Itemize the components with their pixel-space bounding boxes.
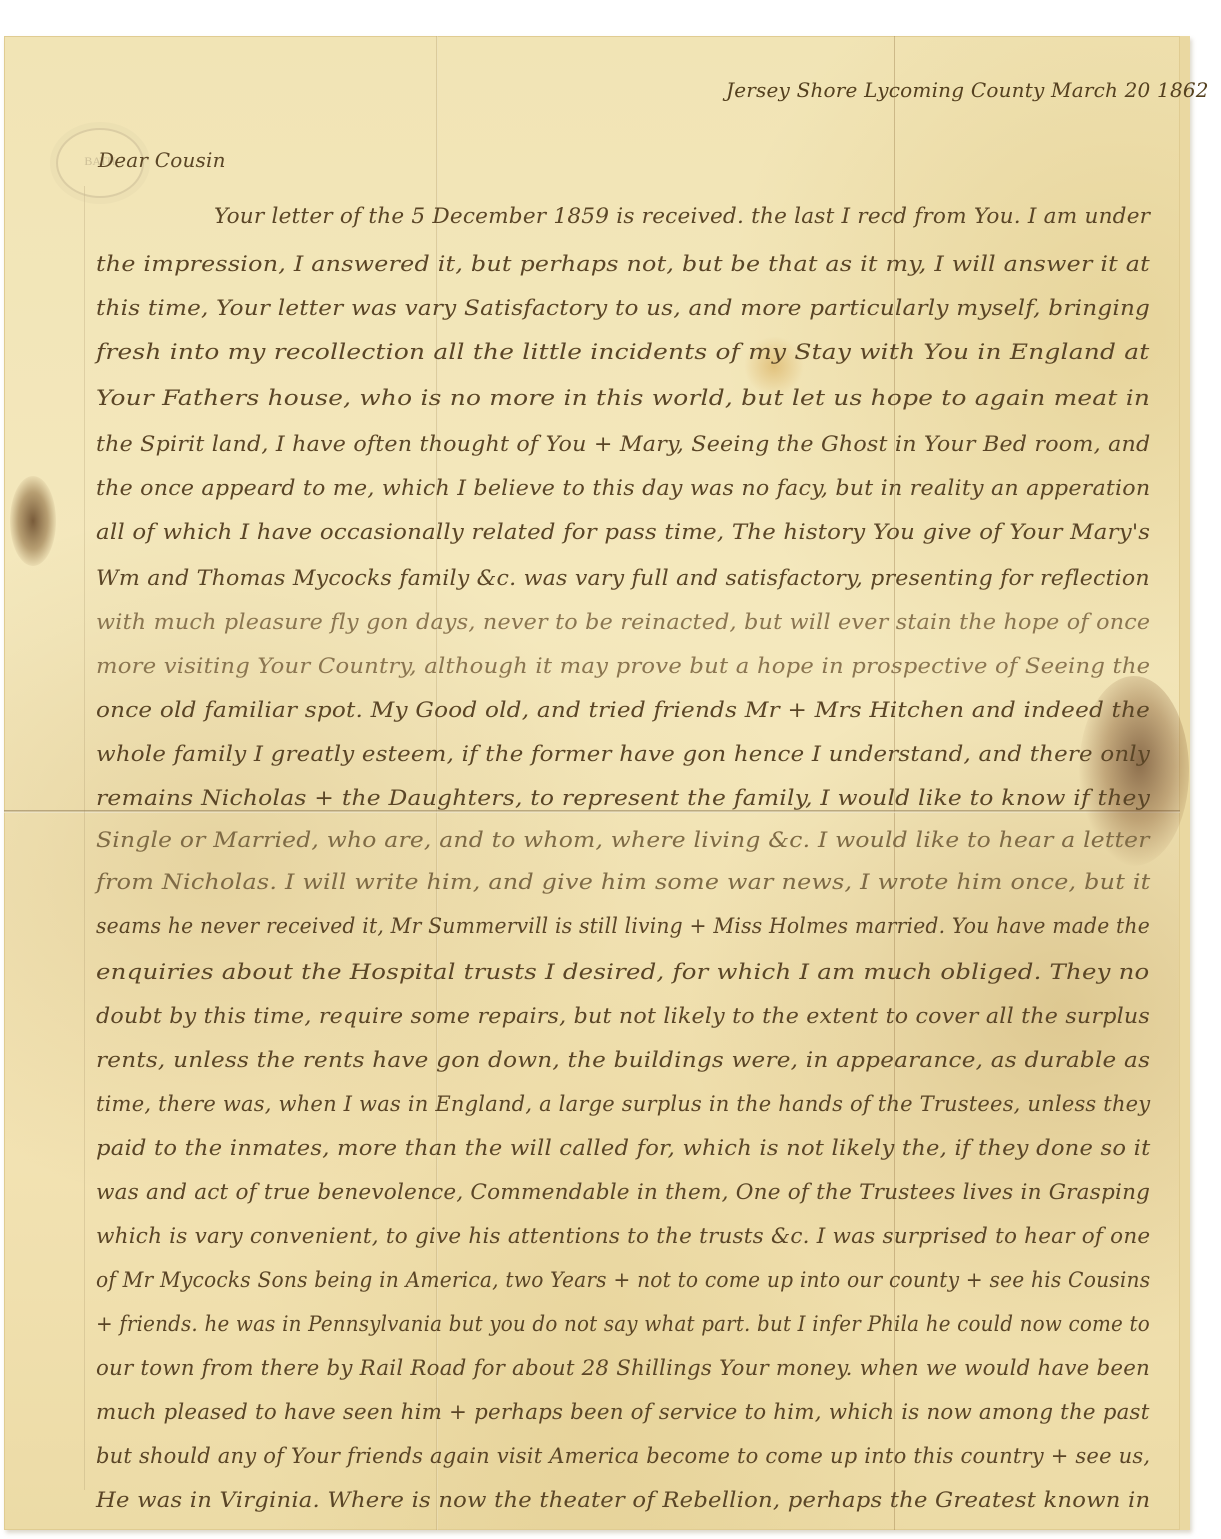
letter-line-6: the Spirit land, I have often thought of…	[96, 432, 1150, 457]
letter-line-30: He was in Virginia. Where is now the the…	[96, 1488, 1150, 1513]
letter-line-14: remains Nicholas + the Daughters, to rep…	[96, 786, 1150, 811]
letter-line-2: the impression, I answered it, but perha…	[96, 252, 1150, 277]
letter-line-19: doubt by this time, require some repairs…	[96, 1004, 1150, 1029]
letter-line-29: but should any of Your friends again vis…	[96, 1444, 1150, 1469]
letter-line-5: Your Fathers house, who is no more in th…	[96, 386, 1150, 411]
letter-line-7: the once appeard to me, which I believe …	[96, 476, 1150, 501]
salutation: Dear Cousin	[98, 148, 226, 172]
letter-line-22: paid to the inmates, more than the will …	[96, 1136, 1150, 1161]
letter-line-4: fresh into my recollection all the littl…	[96, 340, 1149, 365]
ink-blot-left	[10, 476, 56, 566]
letter-line-28: much pleased to have seen him + perhaps …	[96, 1400, 1150, 1425]
letter-line-23: was and act of true benevolence, Commend…	[96, 1180, 1150, 1205]
letter-line-12: once old familiar spot. My Good old, and…	[96, 698, 1150, 723]
letter-line-27: our town from there by Rail Road for abo…	[96, 1356, 1150, 1381]
letter-line-1: Your letter of the 5 December 1859 is re…	[214, 204, 1150, 229]
letter-line-16: from Nicholas. I will write him, and giv…	[96, 870, 1151, 895]
letter-line-13: whole family I greatly esteem, if the fo…	[96, 742, 1150, 767]
letter-line-20: rents, unless the rents have gon down, t…	[96, 1048, 1150, 1073]
letter-line-11: more visiting Your Country, although it …	[96, 654, 1150, 679]
letter-line-25: of Mr Mycocks Sons being in America, two…	[96, 1268, 1150, 1293]
letter-line-9: Wm and Thomas Mycocks family &c. was var…	[96, 566, 1150, 591]
letter-line-21: time, there was, when I was in England, …	[96, 1092, 1150, 1117]
letter-line-18: enquiries about the Hospital trusts I de…	[96, 960, 1149, 985]
left-margin-rule	[84, 186, 85, 1490]
letter-line-24: which is vary convenient, to give his at…	[96, 1224, 1150, 1249]
letter-line-17: seams he never received it, Mr Summervil…	[96, 914, 1150, 939]
letter-line-10: with much pleasure fly gon days, never t…	[96, 610, 1150, 635]
letter-line-3: this time, Your letter was vary Satisfac…	[96, 296, 1150, 321]
letter-heading-place-date: Jersey Shore Lycoming County March 20 18…	[726, 78, 1209, 102]
letter-line-26: + friends. he was in Pennsylvania but yo…	[96, 1312, 1150, 1337]
letter-line-8: all of which I have occasionally related…	[96, 520, 1150, 545]
letter-line-15: Single or Married, who are, and to whom,…	[96, 828, 1150, 853]
